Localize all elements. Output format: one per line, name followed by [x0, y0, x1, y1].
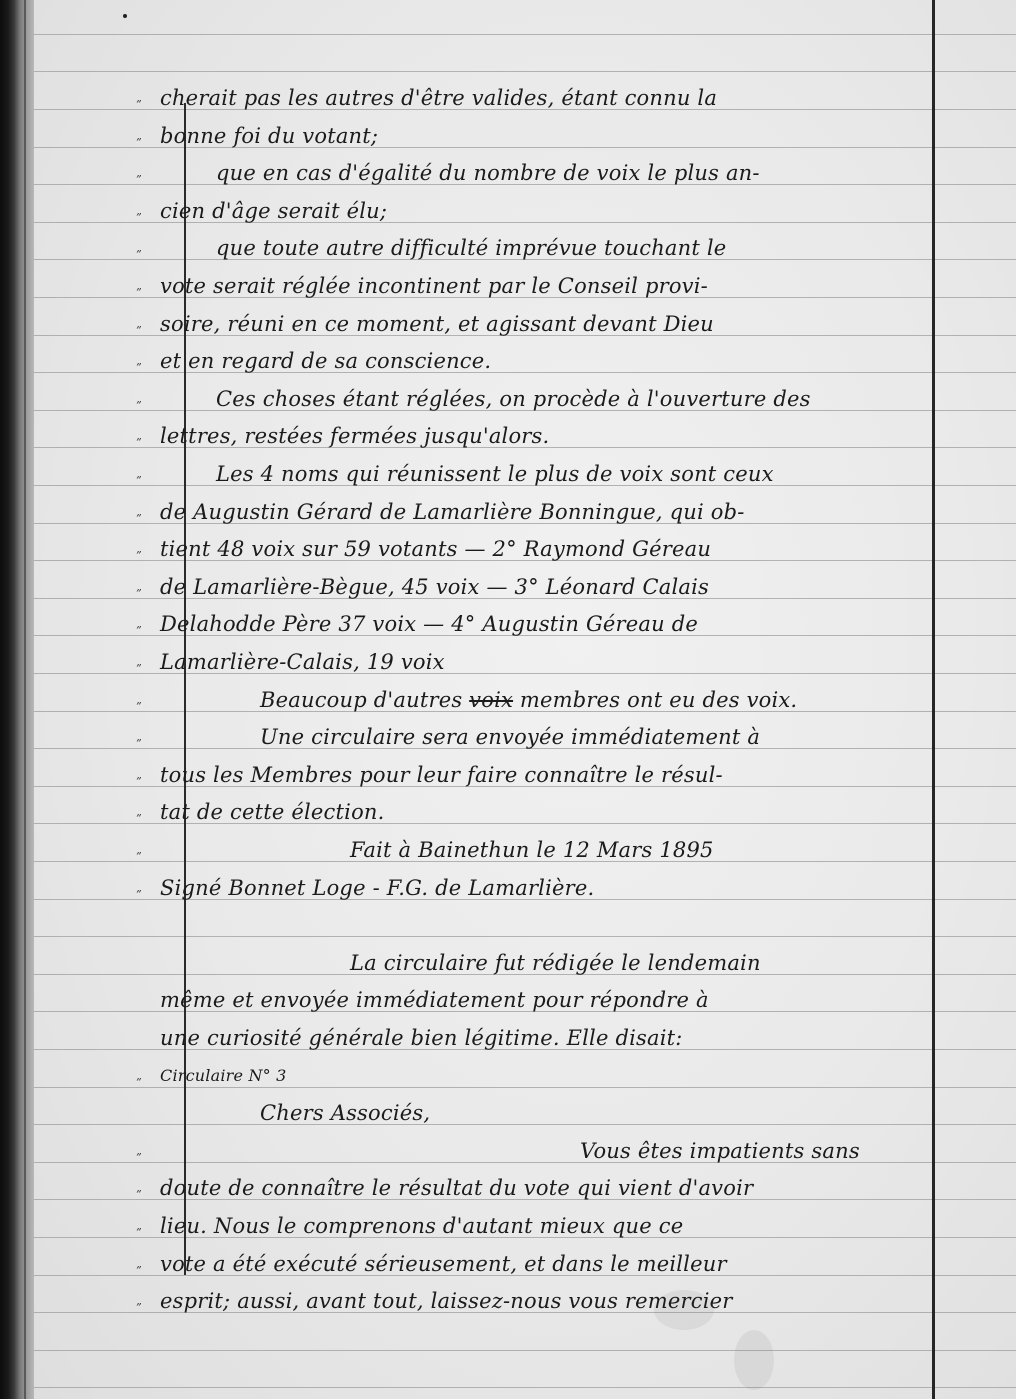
- manuscript-line: cherait pas les autres d'être valides, é…: [160, 85, 890, 111]
- ditto-mark: ”: [136, 174, 148, 185]
- ditto-mark: ”: [136, 1265, 148, 1276]
- book-binding: [0, 0, 34, 1399]
- manuscript-line: tous les Membres pour leur faire connaît…: [160, 762, 890, 788]
- ditto-mark: ”: [136, 400, 148, 411]
- ditto-mark: ”: [136, 813, 148, 824]
- manuscript-line: et en regard de sa conscience.: [160, 348, 890, 374]
- manuscript-line: Delahodde Père 37 voix — 4° Augustin Gér…: [160, 611, 890, 637]
- ditto-mark: ”: [136, 99, 148, 110]
- ditto-mark: ”: [136, 212, 148, 223]
- manuscript-line: Chers Associés,: [160, 1100, 990, 1126]
- manuscript-line: de Augustin Gérard de Lamarlière Bonning…: [160, 499, 890, 525]
- manuscript-line: La circulaire fut rédigée le lendemain: [160, 950, 1016, 976]
- ruled-line: [34, 936, 1016, 937]
- manuscript-line: vote a été exécuté sérieusement, et dans…: [160, 1251, 890, 1277]
- manuscript-line: tient 48 voix sur 59 votants — 2° Raymon…: [160, 536, 890, 562]
- paper-stain: [734, 1330, 774, 1390]
- ditto-mark: ”: [136, 475, 148, 486]
- manuscript-line: Circulaire N° 3: [160, 1063, 890, 1089]
- ditto-mark: ”: [136, 738, 148, 749]
- ditto-mark: ”: [136, 625, 148, 636]
- manuscript-line: bonne foi du votant;: [160, 123, 890, 149]
- manuscript-line: cien d'âge serait élu;: [160, 198, 890, 224]
- ditto-mark: ”: [136, 362, 148, 373]
- ditto-mark: ”: [136, 663, 148, 674]
- manuscript-line: Ces choses étant réglées, on procède à l…: [160, 386, 946, 412]
- manuscript-line: doute de connaître le résultat du vote q…: [160, 1175, 890, 1201]
- manuscript-line: soire, réuni en ce moment, et agissant d…: [160, 311, 890, 337]
- manuscript-line: une curiosité générale bien légitime. El…: [160, 1025, 890, 1051]
- manuscript-line: que en cas d'égalité du nombre de voix l…: [160, 160, 946, 186]
- ditto-mark: ”: [136, 325, 148, 336]
- manuscript-line: Vous êtes impatients sans: [160, 1138, 1016, 1164]
- ditto-mark: ”: [136, 889, 148, 900]
- manuscript-line: Beaucoup d'autres voix membres ont eu de…: [160, 687, 990, 713]
- struck-word: voix: [469, 688, 513, 712]
- ditto-mark: ”: [136, 1152, 148, 1163]
- manuscript-line: lettres, restées fermées jusqu'alors.: [160, 423, 890, 449]
- manuscript-line: Une circulaire sera envoyée immédiatemen…: [160, 724, 990, 750]
- ruled-line: [34, 1387, 1016, 1388]
- manuscript-line: Lamarlière-Calais, 19 voix: [160, 649, 890, 675]
- ditto-mark: ”: [136, 776, 148, 787]
- ruled-line: [34, 1350, 1016, 1351]
- binding-edge: [24, 0, 26, 1399]
- ditto-mark: ”: [136, 287, 148, 298]
- manuscript-line: vote serait réglée incontinent par le Co…: [160, 273, 890, 299]
- ditto-mark: ”: [136, 513, 148, 524]
- ditto-mark: ”: [136, 249, 148, 260]
- ditto-mark: ”: [136, 1189, 148, 1200]
- manuscript-line: Signé Bonnet Loge - F.G. de Lamarlière.: [160, 875, 890, 901]
- manuscript-line: que toute autre difficulté imprévue touc…: [160, 235, 946, 261]
- manuscript-line: lieu. Nous le comprenons d'autant mieux …: [160, 1213, 890, 1239]
- manuscript-line: de Lamarlière-Bègue, 45 voix — 3° Léonar…: [160, 574, 890, 600]
- manuscript-line: tat de cette élection.: [160, 799, 890, 825]
- ditto-mark: ”: [136, 1227, 148, 1238]
- ditto-mark: ”: [136, 1302, 148, 1313]
- ditto-mark: ”: [136, 851, 148, 862]
- manuscript-line: Les 4 noms qui réunissent le plus de voi…: [160, 461, 946, 487]
- ditto-mark: ”: [136, 137, 148, 148]
- manuscript-line: esprit; aussi, avant tout, laissez-nous …: [160, 1288, 890, 1314]
- ditto-mark: ”: [136, 437, 148, 448]
- ditto-mark: ”: [136, 588, 148, 599]
- manuscript-line: Fait à Bainethun le 12 Mars 1895: [160, 837, 1016, 863]
- manuscript-line: même et envoyée immédiatement pour répon…: [160, 987, 890, 1013]
- ditto-mark: ”: [136, 1077, 148, 1088]
- ruled-line: [34, 71, 1016, 72]
- ditto-mark: ”: [136, 701, 148, 712]
- ruled-line: [34, 34, 1016, 35]
- ditto-mark: ”: [136, 550, 148, 561]
- ink-speck: [123, 14, 127, 18]
